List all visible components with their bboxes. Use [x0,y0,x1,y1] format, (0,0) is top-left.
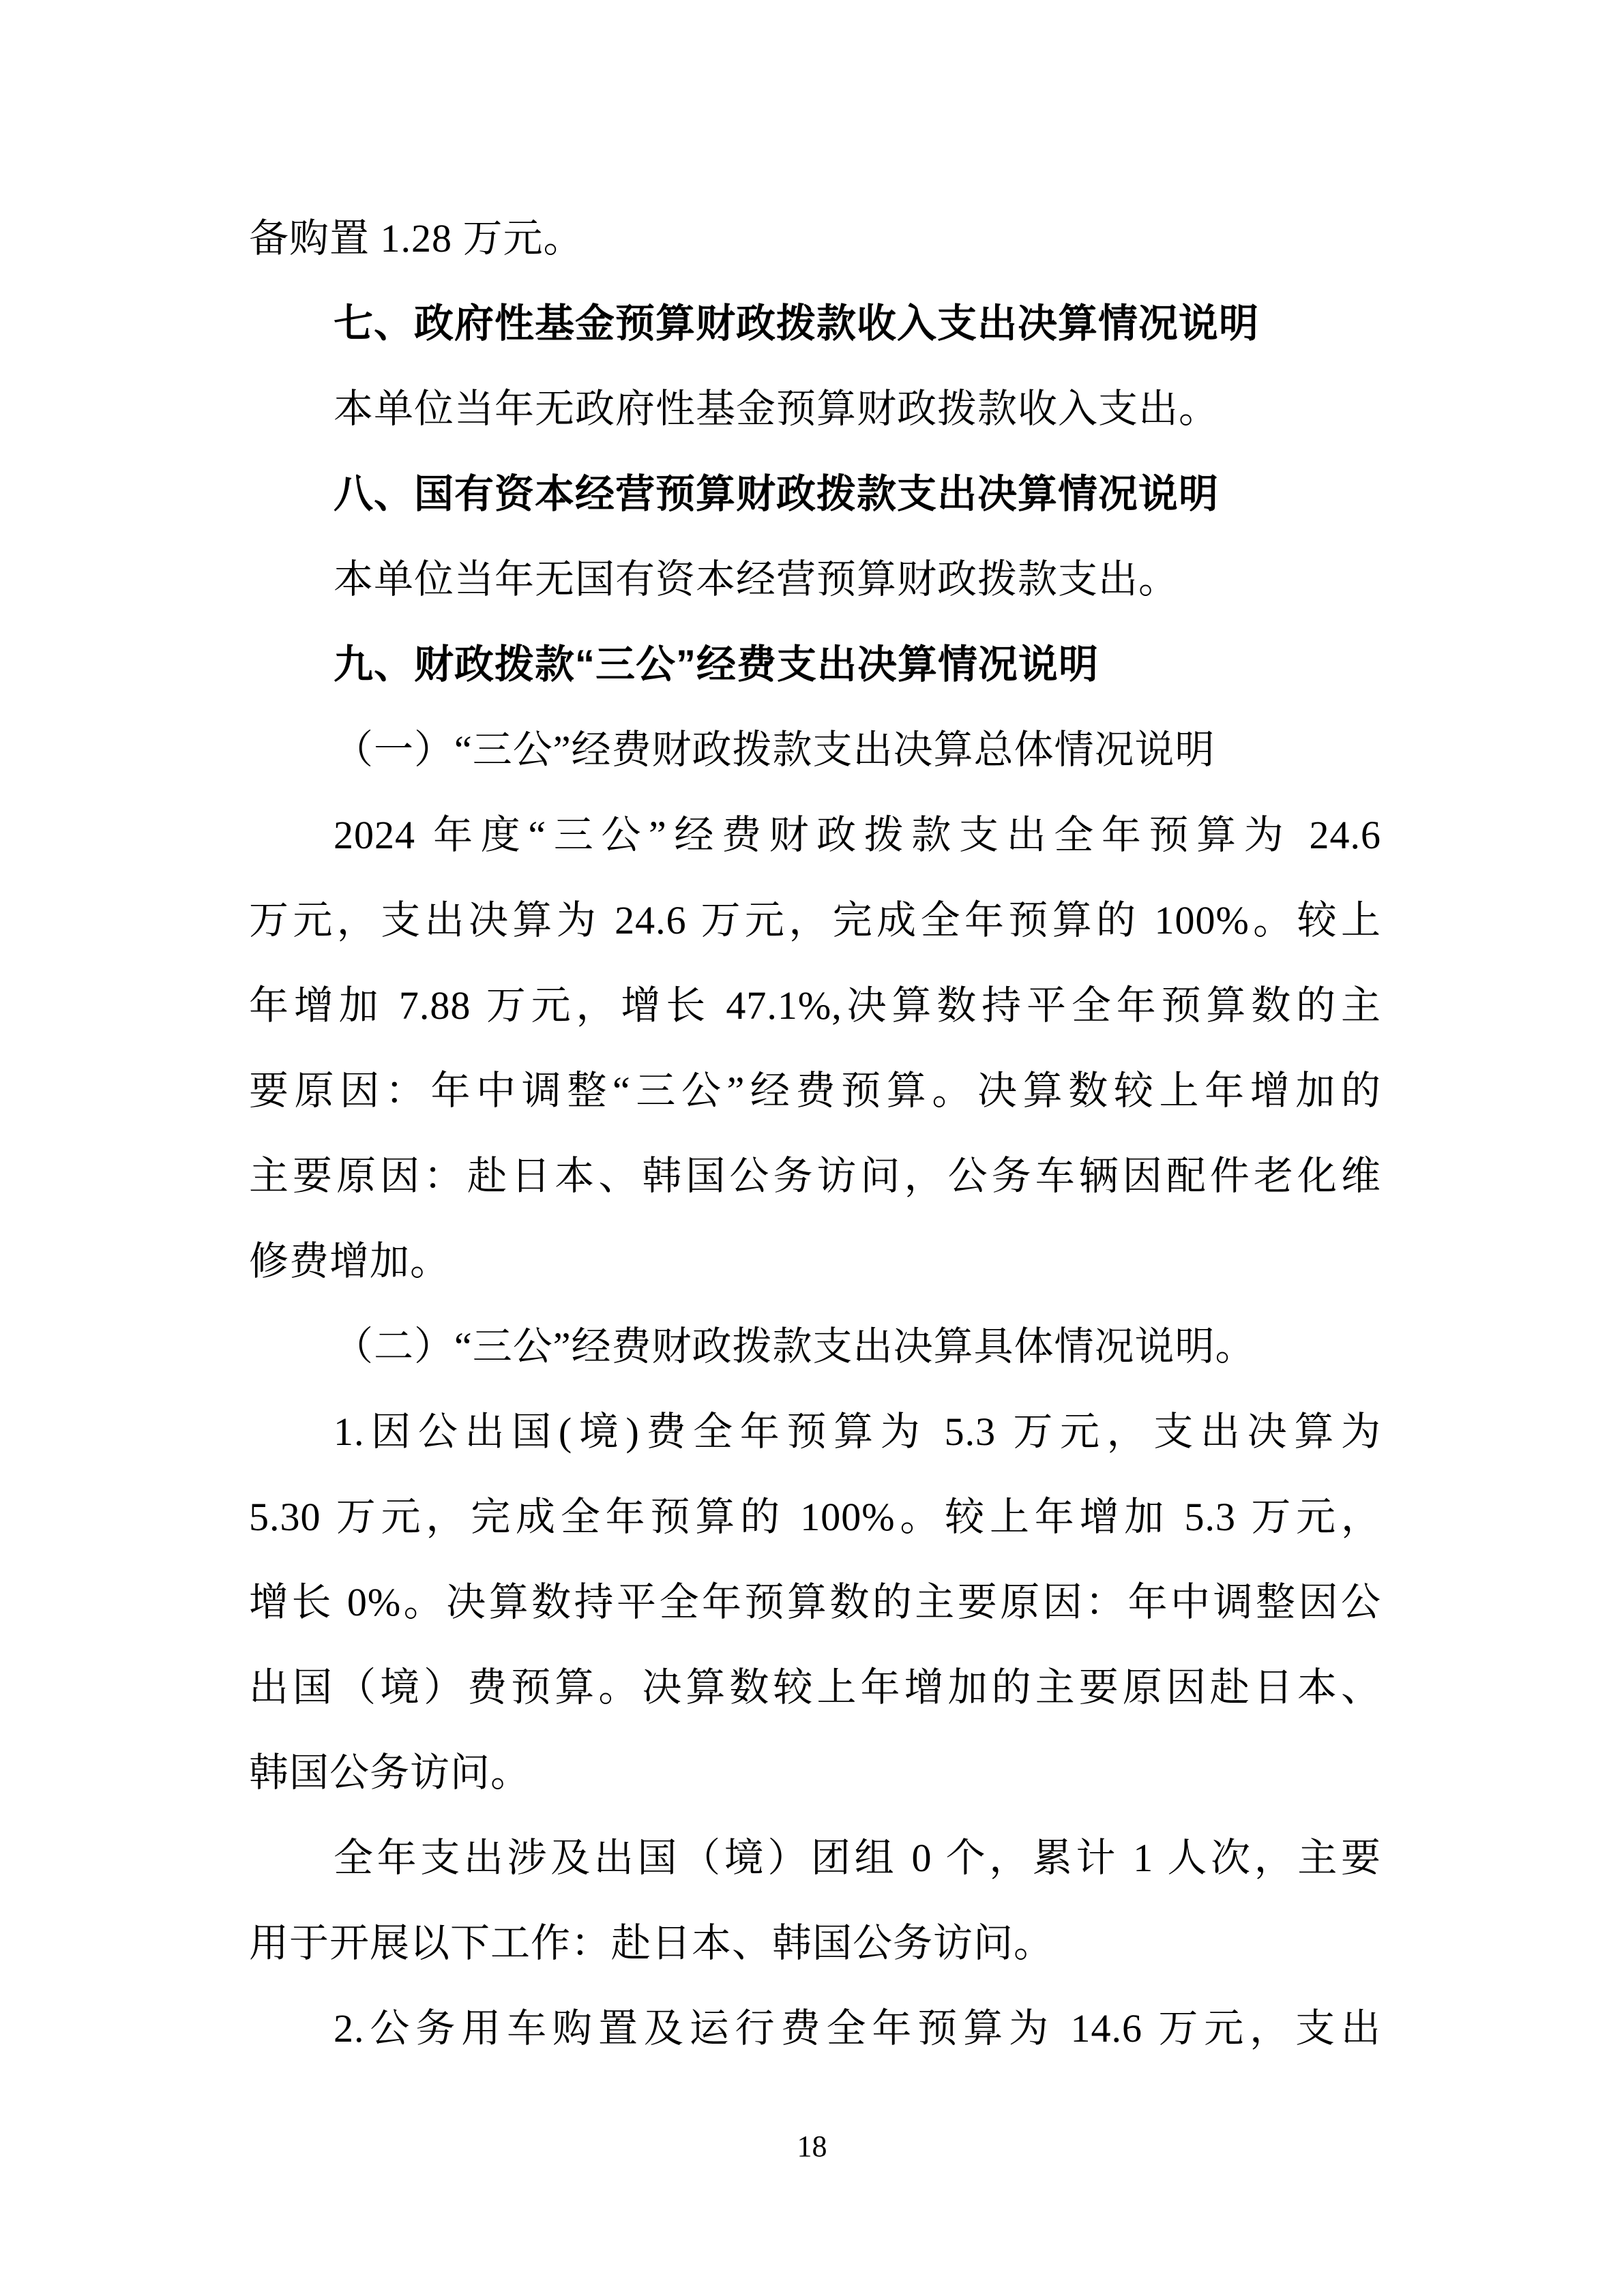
heading-line: 八、国有资本经营预算财政拨款支出决算情况说明 [249,451,1381,537]
text-line: 要原因：年中调整“三公”经费预算。决算数较上年增加的 [249,1048,1381,1133]
text-line: 增长 0%。决算数持平全年预算数的主要原因：年中调整因公 [249,1560,1381,1645]
text-line: 年增加 7.88 万元，增长 47.1%,决算数持平全年预算数的主 [249,963,1381,1048]
text-line: 主要原因：赴日本、韩国公务访问，公务车辆因配件老化维 [249,1133,1381,1219]
text-line: 5.30 万元，完成全年预算的 100%。较上年增加 5.3 万元， [249,1474,1381,1560]
text-line: 备购置 1.28 万元。 [249,196,1381,281]
text-line: 2.公务用车购置及运行费全年预算为 14.6 万元，支出 [249,1986,1381,2071]
heading-line: 九、财政拨款“三公”经费支出决算情况说明 [249,622,1381,707]
text-line: 用于开展以下工作：赴日本、韩国公务访问。 [249,1900,1381,1986]
text-line: 本单位当年无国有资本经营预算财政拨款支出。 [249,537,1381,622]
page-number: 18 [0,2130,1624,2163]
text-line: 全年支出涉及出国（境）团组 0 个，累计 1 人次，主要 [249,1815,1381,1900]
text-line: 出国（境）费预算。决算数较上年增加的主要原因赴日本、 [249,1645,1381,1730]
document-content: 备购置 1.28 万元。七、政府性基金预算财政拨款收入支出决算情况说明本单位当年… [249,196,1381,2071]
text-line: 1.因公出国(境)费全年预算为 5.3 万元，支出决算为 [249,1389,1381,1474]
text-line: 本单位当年无政府性基金预算财政拨款收入支出。 [249,366,1381,451]
text-line: 韩国公务访问。 [249,1730,1381,1815]
text-line: （一）“三公”经费财政拨款支出决算总体情况说明 [249,707,1381,792]
text-line: 万元，支出决算为 24.6 万元，完成全年预算的 100%。较上 [249,878,1381,963]
document-page: { "document": { "language": "zh-CN", "te… [0,0,1624,2296]
heading-line: 七、政府性基金预算财政拨款收入支出决算情况说明 [249,281,1381,366]
text-line: 修费增加。 [249,1219,1381,1304]
text-line: 2024 年度“三公”经费财政拨款支出全年预算为 24.6 [249,792,1381,878]
text-line: （二）“三公”经费财政拨款支出决算具体情况说明。 [249,1304,1381,1389]
